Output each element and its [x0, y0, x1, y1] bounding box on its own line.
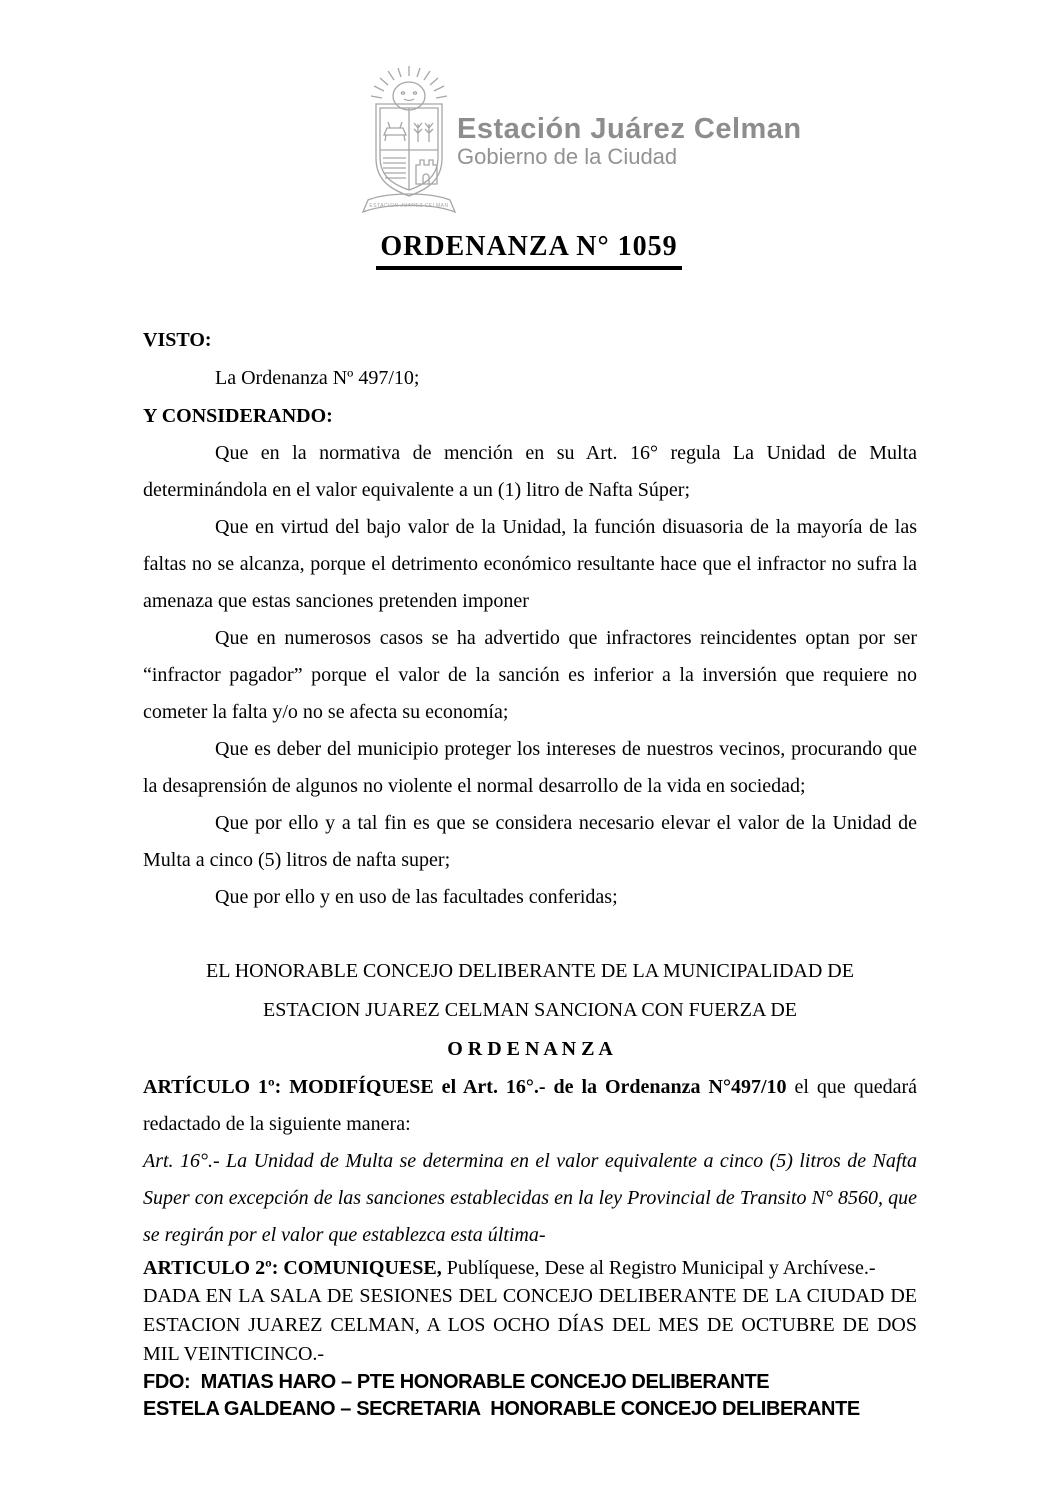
article-1-heading: ARTÍCULO 1º: MODIFÍQUESE el Art. 16°.- d…	[143, 1076, 787, 1098]
stripes-quadrant-icon	[383, 158, 406, 178]
considerando-paragraph: Que en la normativa de mención en su Art…	[143, 435, 917, 509]
sun-face-icon	[393, 82, 425, 110]
signature-line-president: FDO: MATIAS HARO – PTE HONORABLE CONCEJO…	[143, 1369, 917, 1396]
municipal-crest-logo: ESTACION JUAREZ CELMAN	[353, 66, 465, 216]
shield-outline	[376, 104, 442, 196]
considerando-paragraph: Que en numerosos casos se ha advertido q…	[143, 620, 917, 731]
article-2-text: Publíquese, Dese al Registro Municipal y…	[442, 1257, 876, 1279]
enactment-statement: DADA EN LA SALA DE SESIONES DEL CONCEJO …	[143, 1282, 917, 1369]
crest-ribbon-text: ESTACION JUAREZ CELMAN	[369, 203, 448, 209]
signature-line-secretary: ESTELA GALDEANO – SECRETARIA HONORABLE C…	[143, 1396, 917, 1423]
ribbon-banner: ESTACION JUAREZ CELMAN	[363, 194, 455, 212]
org-subtitle: Gobierno de la Ciudad	[457, 145, 802, 169]
article-2: ARTICULO 2º: COMUNIQUESE, Publíquese, De…	[143, 1254, 917, 1282]
document-body: VISTO: La Ordenanza Nº 497/10; Y CONSIDE…	[143, 321, 917, 1423]
ordenanza-heading: O R D E N A N Z A	[143, 1030, 917, 1069]
enacting-line: EL HONORABLE CONCEJO DELIBERANTE DE LA M…	[143, 952, 917, 991]
enacting-line: ESTACION JUAREZ CELMAN SANCIONA CON FUER…	[143, 991, 917, 1030]
considerando-paragraph: Que por ello y a tal fin es que se consi…	[143, 805, 917, 879]
considerando-paragraph: Que en virtud del bajo valor de la Unida…	[143, 509, 917, 620]
article-1: ARTÍCULO 1º: MODIFÍQUESE el Art. 16°.- d…	[143, 1069, 917, 1143]
org-name: Estación Juárez Celman	[457, 114, 802, 145]
title-row: ORDENANZA N° 1059	[0, 231, 1058, 270]
document-title: ORDENANZA N° 1059	[376, 231, 681, 270]
considerando-label: Y CONSIDERANDO:	[143, 397, 917, 435]
letterhead: ESTACION JUAREZ CELMAN Estación Juárez C…	[0, 0, 1058, 205]
plow-quadrant-icon	[384, 122, 406, 141]
considerando-paragraph: Que es deber del municipio proteger los …	[143, 731, 917, 805]
visto-label: VISTO:	[143, 321, 917, 359]
visto-reference: La Ordenanza Nº 497/10;	[143, 359, 917, 397]
crest-shield-icon: ESTACION JUAREZ CELMAN	[353, 66, 465, 216]
trees-quadrant-icon	[414, 123, 433, 142]
article-16-quoted-text: Art. 16°.- La Unidad de Multa se determi…	[143, 1143, 917, 1254]
document-page: ESTACION JUAREZ CELMAN Estación Juárez C…	[0, 0, 1058, 1497]
considerando-paragraph: Que por ello y en uso de las facultades …	[143, 879, 917, 916]
org-title-block: Estación Juárez Celman Gobierno de la Ci…	[457, 66, 802, 169]
article-2-heading: ARTICULO 2º: COMUNIQUESE,	[143, 1257, 442, 1279]
enacting-clause: EL HONORABLE CONCEJO DELIBERANTE DE LA M…	[143, 952, 917, 1069]
